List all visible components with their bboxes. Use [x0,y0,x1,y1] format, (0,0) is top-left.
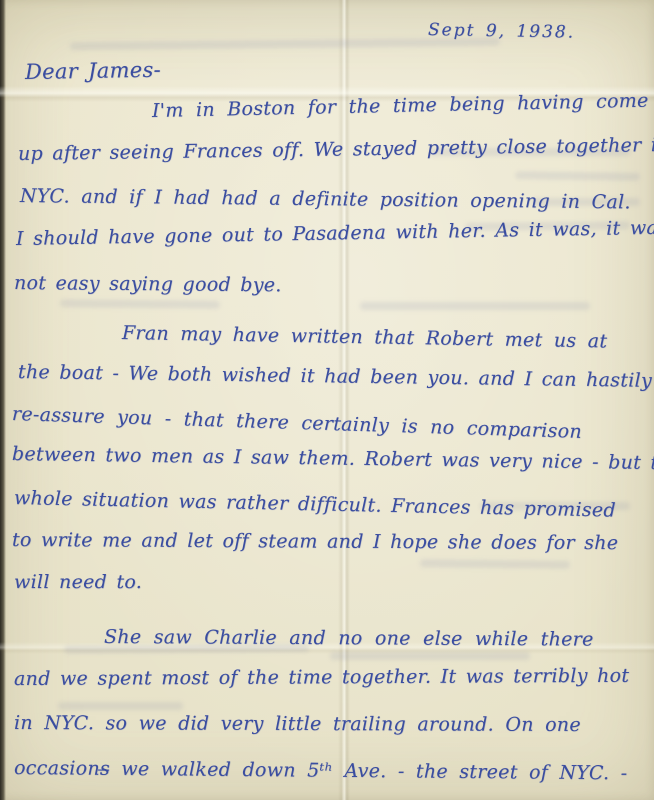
letter-line: Fran may have written that Robert met us… [122,322,608,352]
letter-line: and we spent most of the time together. … [14,665,629,690]
letter-line: occasions̶ we walked down 5ᵗʰ Ave. - the… [14,757,628,784]
ink-bleed-through [60,299,220,308]
letter-date: Sept 9, 1938. [428,20,575,43]
letter-line: the boat - We both wished it had been yo… [18,361,652,392]
scanner-edge [0,0,6,800]
letter-line: up after seeing Frances off. We stayed p… [18,134,654,165]
letter-line: in NYC. so we did very little trailing a… [14,712,581,736]
letter-line: between two men as I saw them. Robert wa… [12,443,654,474]
ink-bleed-through [515,171,640,181]
letter-line: NYC. and if I had had a definite positio… [20,185,631,213]
letter-line: re-assure you - that there certainly is … [12,403,583,443]
letter-salutation: Dear James- [25,58,161,84]
letter-line: I should have gone out to Pasadena with … [16,217,654,250]
letter-line: whole situation was rather difficult. Fr… [14,487,616,522]
letter-line: will need to. [14,571,142,593]
ink-bleed-through [360,302,590,310]
ink-bleed-through [420,559,570,569]
letter-line: to write me and let off steam and I hope… [12,529,618,554]
ink-bleed-through [330,652,530,660]
letter-line: She saw Charlie and no one else while th… [104,626,594,651]
ink-bleed-through [58,702,183,710]
letter-line: not easy saying good bye. [14,272,282,296]
handwritten-letter-scan: Sept 9, 1938. Dear James- I'm in Boston … [0,0,654,800]
